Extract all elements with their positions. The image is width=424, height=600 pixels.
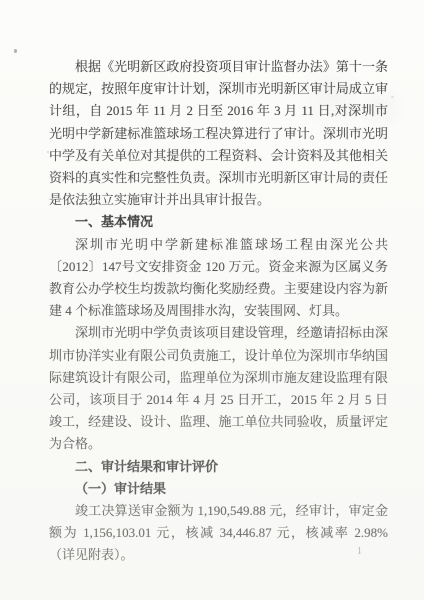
paragraph-project-parties: 深圳市光明中学负责该项目建设管理，经邀请招标由深圳市协洋实业有限公司负责施工，设… — [49, 322, 388, 455]
scan-artifact — [391, 96, 394, 98]
scan-artifact — [14, 49, 17, 53]
section-heading-basic-info: 一、基本情况 — [49, 211, 388, 233]
document-page: 根据《光明新区政府投资项目审计监督办法》第十一条的规定，按照年度审计计划，深圳市… — [0, 0, 424, 600]
subsection-heading-audit-results: （一）审计结果 — [49, 478, 388, 500]
document-body: 根据《光明新区政府投资项目审计监督办法》第十一条的规定，按照年度审计计划，深圳市… — [49, 56, 388, 567]
paragraph-audit-basis: 根据《光明新区政府投资项目审计监督办法》第十一条的规定，按照年度审计计划，深圳市… — [49, 56, 388, 211]
paragraph-project-funding: 深圳市光明中学新建标准篮球场工程由深光公共〔2012〕147号文安排资金 120… — [49, 234, 388, 323]
page-number: 1 — [357, 546, 362, 557]
paragraph-audit-amounts: 竣工决算送审金额为 1,190,549.88 元，经审计，审定金额为 1,156… — [49, 500, 388, 567]
section-heading-audit-results-evaluation: 二、审计结果和审计评价 — [49, 456, 388, 478]
